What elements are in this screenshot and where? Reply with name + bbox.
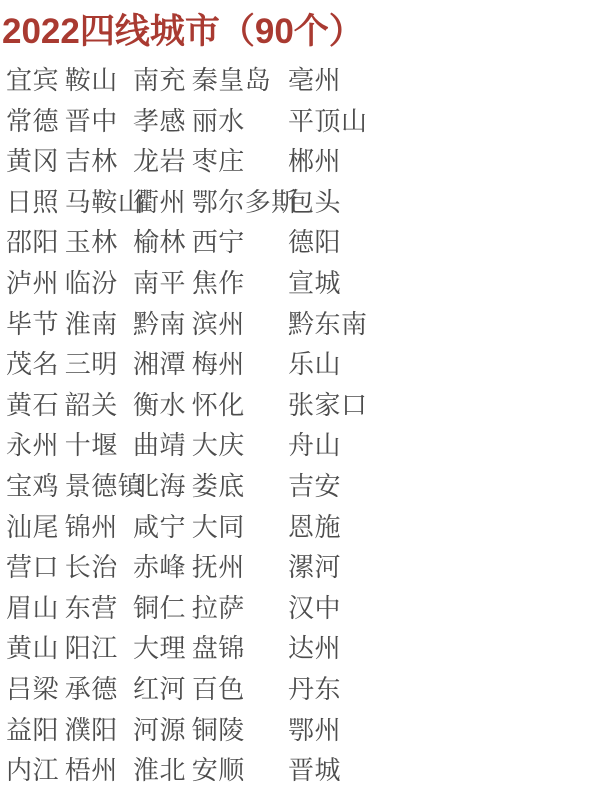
city-group: 黄石 韶关 <box>6 385 133 426</box>
city-group: 泸州 临汾 <box>6 263 133 304</box>
city-row: 常德 晋中孝感 丽水平顶山 <box>6 101 600 142</box>
city-row: 黄石 韶关衡水 怀化张家口 <box>6 385 600 426</box>
city-group: 咸宁 大同 <box>133 507 288 548</box>
city-row: 黄冈 吉林龙岩 枣庄郴州 <box>6 141 600 182</box>
city-group: 湘潭 梅州 <box>133 344 288 385</box>
city-group: 赤峰 抚州 <box>133 547 288 588</box>
city-group: 宜宾 鞍山 <box>6 60 133 101</box>
city-group: 漯河 <box>288 547 600 588</box>
city-group: 鄂州 <box>288 710 600 751</box>
city-group: 茂名 三明 <box>6 344 133 385</box>
city-group: 日照 马鞍山 <box>6 182 133 223</box>
city-group: 衢州 鄂尔多斯 <box>133 182 288 223</box>
city-row: 黄山 阳江大理 盘锦达州 <box>6 628 600 669</box>
city-group: 营口 长治 <box>6 547 133 588</box>
city-group: 河源 铜陵 <box>133 710 288 751</box>
city-tier-list-page: 2022四线城市（90个） 宜宾 鞍山南充 秦皇岛亳州常德 晋中孝感 丽水平顶山… <box>0 0 600 788</box>
city-group: 舟山 <box>288 425 600 466</box>
city-group: 宣城 <box>288 263 600 304</box>
city-group: 包头 <box>288 182 600 223</box>
city-group: 吕梁 承德 <box>6 669 133 710</box>
city-row: 汕尾 锦州咸宁 大同恩施 <box>6 507 600 548</box>
city-row: 吕梁 承德红河 百色丹东 <box>6 669 600 710</box>
city-group: 眉山 东营 <box>6 588 133 629</box>
city-row: 泸州 临汾南平 焦作宣城 <box>6 263 600 304</box>
city-group: 曲靖 大庆 <box>133 425 288 466</box>
city-group: 吉安 <box>288 466 600 507</box>
city-row: 邵阳 玉林榆林 西宁德阳 <box>6 222 600 263</box>
city-group: 达州 <box>288 628 600 669</box>
city-row: 毕节 淮南黔南 滨州黔东南 <box>6 304 600 345</box>
city-group: 红河 百色 <box>133 669 288 710</box>
city-group: 乐山 <box>288 344 600 385</box>
city-row: 内江 梧州淮北 安顺晋城 <box>6 750 600 788</box>
city-group: 丹东 <box>288 669 600 710</box>
city-group: 汉中 <box>288 588 600 629</box>
city-row: 眉山 东营铜仁 拉萨汉中 <box>6 588 600 629</box>
city-group: 榆林 西宁 <box>133 222 288 263</box>
city-row: 茂名 三明湘潭 梅州乐山 <box>6 344 600 385</box>
city-group: 南充 秦皇岛 <box>133 60 288 101</box>
city-group: 亳州 <box>288 60 600 101</box>
city-group: 常德 晋中 <box>6 101 133 142</box>
city-rows: 宜宾 鞍山南充 秦皇岛亳州常德 晋中孝感 丽水平顶山黄冈 吉林龙岩 枣庄郴州日照… <box>6 60 600 788</box>
city-group: 晋城 <box>288 750 600 788</box>
city-group: 郴州 <box>288 141 600 182</box>
city-group: 南平 焦作 <box>133 263 288 304</box>
city-group: 内江 梧州 <box>6 750 133 788</box>
city-row: 益阳 濮阳河源 铜陵鄂州 <box>6 710 600 751</box>
city-group: 毕节 淮南 <box>6 304 133 345</box>
city-group: 黄山 阳江 <box>6 628 133 669</box>
city-group: 龙岩 枣庄 <box>133 141 288 182</box>
city-group: 黔东南 <box>288 304 600 345</box>
city-group: 铜仁 拉萨 <box>133 588 288 629</box>
city-group: 淮北 安顺 <box>133 750 288 788</box>
city-row: 营口 长治赤峰 抚州漯河 <box>6 547 600 588</box>
city-group: 孝感 丽水 <box>133 101 288 142</box>
city-group: 恩施 <box>288 507 600 548</box>
city-row: 宜宾 鞍山南充 秦皇岛亳州 <box>6 60 600 101</box>
city-group: 衡水 怀化 <box>133 385 288 426</box>
city-row: 永州 十堰曲靖 大庆舟山 <box>6 425 600 466</box>
city-group: 永州 十堰 <box>6 425 133 466</box>
city-row: 宝鸡 景德镇北海 娄底吉安 <box>6 466 600 507</box>
city-group: 北海 娄底 <box>133 466 288 507</box>
city-group: 邵阳 玉林 <box>6 222 133 263</box>
city-group: 益阳 濮阳 <box>6 710 133 751</box>
city-row: 日照 马鞍山衢州 鄂尔多斯包头 <box>6 182 600 223</box>
page-title: 2022四线城市（90个） <box>2 10 364 54</box>
city-group: 宝鸡 景德镇 <box>6 466 133 507</box>
city-group: 张家口 <box>288 385 600 426</box>
city-group: 黔南 滨州 <box>133 304 288 345</box>
city-group: 德阳 <box>288 222 600 263</box>
city-group: 大理 盘锦 <box>133 628 288 669</box>
city-group: 平顶山 <box>288 101 600 142</box>
city-group: 黄冈 吉林 <box>6 141 133 182</box>
city-group: 汕尾 锦州 <box>6 507 133 548</box>
